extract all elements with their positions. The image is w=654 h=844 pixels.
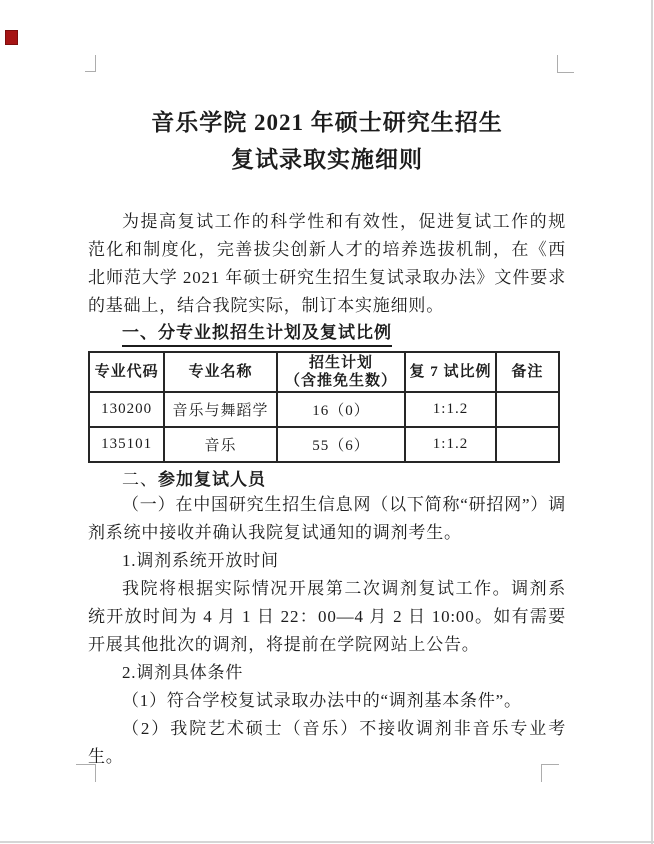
table-row: 135101 音乐 55（6） 1:1.2 [89,427,559,462]
item2-sub2: （2）我院艺术硕士（音乐）不接收调剂非音乐专业考生。 [88,715,566,771]
item1-title: 1.调剂系统开放时间 [88,547,566,575]
cell-major-name: 音乐 [164,427,276,462]
cell-note [496,392,559,427]
header-note: 备注 [496,352,559,392]
intro-paragraph: 为提高复试工作的科学性和有效性，促进复试工作的规范化和制度化，完善拔尖创新人才的… [88,208,566,320]
section1-heading-text: 一、分专业拟招生计划及复试比例 [122,322,392,347]
section2-heading-text: 参加复试人员 [158,470,266,489]
cell-ratio: 1:1.2 [405,392,495,427]
document-title-line1: 音乐学院 2021 年硕士研究生招生 [88,104,566,141]
header-major-name: 专业名称 [164,352,276,392]
cell-note [496,427,559,462]
document-title-line2: 复试录取实施细则 [88,141,566,178]
item2-title: 2.调剂具体条件 [88,659,566,687]
header-major-code: 专业代码 [89,352,164,392]
header-ratio: 复 7 试比例 [405,352,495,392]
cell-ratio: 1:1.2 [405,427,495,462]
cell-quota: 55（6） [277,427,406,462]
section1-heading: 一、分专业拟招生计划及复试比例 [122,322,566,347]
item2-sub1: （1）符合学校复试录取办法中的“调剂基本条件”。 [88,687,566,715]
cell-quota: 16（0） [277,392,406,427]
cell-major-code: 130200 [89,392,164,427]
section2-heading: 二、参加复试人员 [88,469,566,491]
section2-number: 二、 [122,470,158,489]
admission-plan-table: 专业代码 专业名称 招生计划 （含推免生数） 复 7 试比例 备注 130200… [88,351,560,463]
cell-major-code: 135101 [89,427,164,462]
page-edge-bottom [0,841,654,843]
document-content: 音乐学院 2021 年硕士研究生招生 复试录取实施细则 为提高复试工作的科学性和… [88,0,566,771]
document-page: 音乐学院 2021 年硕士研究生招生 复试录取实施细则 为提高复试工作的科学性和… [0,0,654,844]
page-edge-right [651,0,653,844]
red-marker-icon [5,30,18,45]
item1-body: 我院将根据实际情况开展第二次调剂复试工作。调剂系统开放时间为 4 月 1 日 2… [88,575,566,659]
header-quota: 招生计划 （含推免生数） [277,352,406,392]
cell-major-name: 音乐与舞蹈学 [164,392,276,427]
table-row: 130200 音乐与舞蹈学 16（0） 1:1.2 [89,392,559,427]
document-title: 音乐学院 2021 年硕士研究生招生 复试录取实施细则 [88,104,566,178]
section2-paragraph1: （一）在中国研究生招生信息网（以下简称“研招网”）调剂系统中接收并确认我院复试通… [88,491,566,547]
table-header-row: 专业代码 专业名称 招生计划 （含推免生数） 复 7 试比例 备注 [89,352,559,392]
